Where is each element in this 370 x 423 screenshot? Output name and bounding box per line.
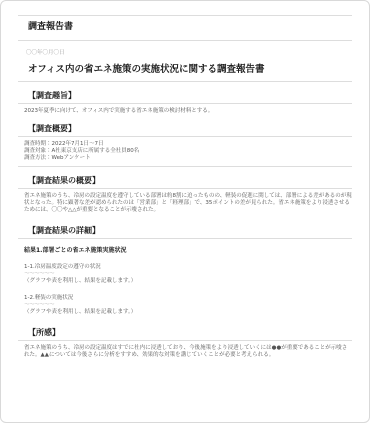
result1-subheading: 結果1.部署ごとの省エネ施策実施状況 [18, 247, 352, 254]
survey-overview-rows: 調査時期：2022年7月1日～7日 調査対象：A社東京支店に所属する全社員80名… [18, 141, 352, 162]
section-heading-purpose: 【調査趣旨】 [18, 91, 352, 100]
section-purpose-body: 2023年夏季に向けて、オフィス内で実施する省エネ施策の検討材料とする。 [18, 108, 352, 115]
section-results-summary-body: 省エネ施策のうち、冷房の設定温度を遵守している部署は約8割に迫ったものの、軽装の… [18, 193, 352, 214]
section-heading-overview: 【調査概要】 [18, 124, 352, 133]
detail-item-2-note: （グラフや表を利用し、結果を記載します。） [18, 309, 352, 316]
title-rule [18, 81, 352, 82]
section-heading-impressions: 【所感】 [18, 328, 352, 337]
detail-item-1-tilde: 〜〜〜〜〜〜 [18, 271, 352, 278]
section-results-summary-rule [18, 188, 352, 189]
section-heading-results-detail: 【調査結果の詳細】 [18, 226, 352, 235]
survey-method-row: 調査方法：Webアンケート [18, 155, 352, 162]
section-impressions-body: 省エネ施策のうち、冷房の設定温度はすでに社内に浸透しており、今後施策をより浸透し… [18, 345, 352, 359]
detail-item-2-tilde: 〜〜〜〜〜〜 [18, 302, 352, 309]
survey-target-row: 調査対象：A社東京支店に所属する全社員80名 [18, 148, 352, 155]
section-results-detail-rule [18, 238, 352, 239]
header-bottom-rule [18, 40, 352, 41]
detail-item-1-label: 1-1.冷房温度設定の遵守の状況 [18, 264, 352, 271]
detail-item-1-note: （グラフや表を利用し、結果を記載します。） [18, 278, 352, 285]
survey-period-row: 調査時期：2022年7月1日～7日 [18, 141, 352, 148]
overview-separator-rule [18, 166, 352, 167]
section-heading-results-summary: 【調査結果の概要】 [18, 176, 352, 185]
section-purpose-rule [18, 103, 352, 104]
document-page: 調査報告書 〇〇年〇月〇日 オフィス内の省エネ施策の実施状況に関する調査報告書 … [0, 0, 370, 423]
detail-item-2-label: 1-2.軽装の実施状況 [18, 295, 352, 302]
section-impressions-rule [18, 340, 352, 341]
detail-item-1: 1-1.冷房温度設定の遵守の状況 〜〜〜〜〜〜 （グラフや表を利用し、結果を記載… [18, 264, 352, 285]
header-top-rule [18, 15, 352, 16]
section-overview-rule [18, 136, 352, 137]
detail-item-2: 1-2.軽装の実施状況 〜〜〜〜〜〜 （グラフや表を利用し、結果を記載します。） [18, 295, 352, 316]
document-header-title: 調査報告書 [18, 22, 352, 33]
document-date: 〇〇年〇月〇日 [18, 50, 352, 57]
document-main-title: オフィス内の省エネ施策の実施状況に関する調査報告書 [18, 64, 352, 75]
